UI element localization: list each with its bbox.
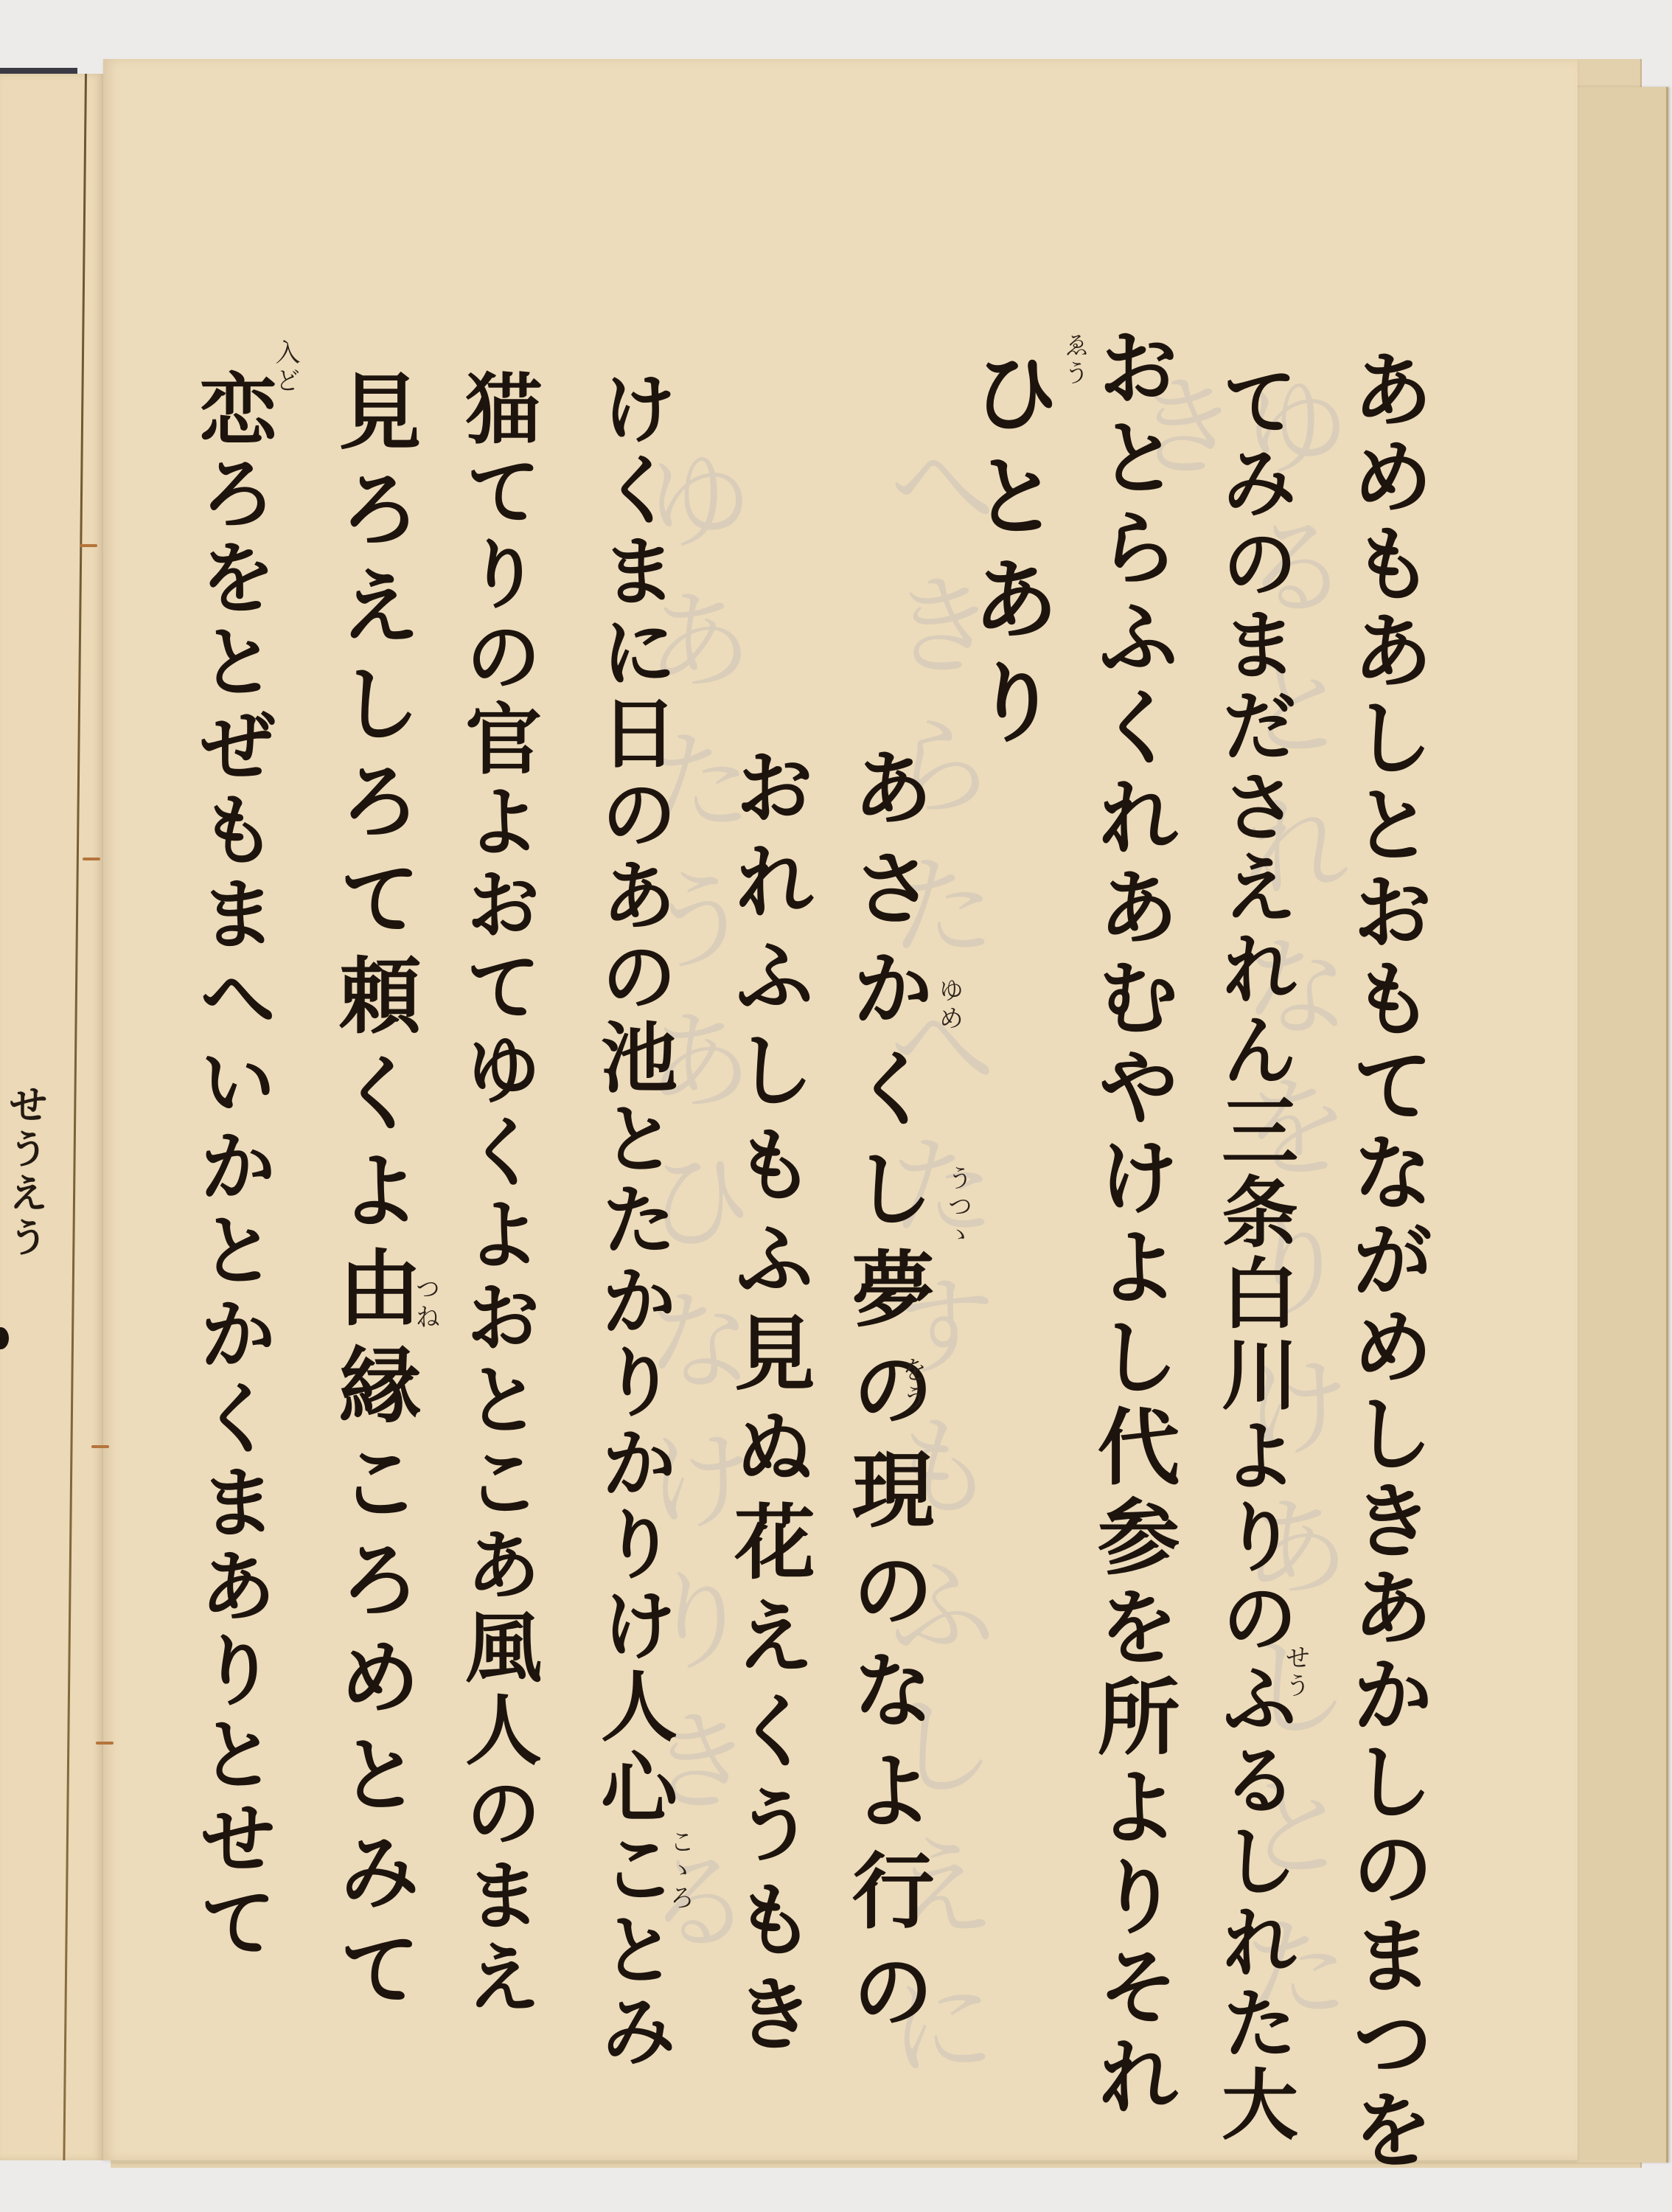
text-column-3: おとらふくれあむやけよし代参を所よりそれ — [1090, 324, 1173, 2124]
ruby-annotation: つね — [413, 1276, 438, 1332]
binding-stitch — [80, 544, 97, 547]
ruby-annotation: うつゝ — [945, 1165, 970, 1249]
text-column-2: てみのまださえれん三条白川よりのふるしれた大 — [1215, 361, 1292, 2146]
text-column-8: 猫てりの官よおてゆくよおとこあ風人のまえ — [459, 369, 535, 2020]
text-column-10: 恋ろをとぜもまへいかとかくまありとせて — [193, 369, 271, 1966]
ruby-annotation: をう — [899, 1357, 924, 1413]
binding-stitch — [83, 858, 100, 860]
ruby-annotation: 入ど — [273, 339, 298, 395]
text-column-9: 見ろえしろて頼くよ由縁ころめとみて — [332, 369, 414, 2023]
ruby-annotation: せう — [1283, 1644, 1308, 1700]
text-column-6: おれふしもふ見ぬ花えくうもき — [728, 745, 809, 2066]
text-column-4: ひとあり — [964, 347, 1053, 759]
text-column-7: けくまに日のあの池とたかりかりけ人心ことみ — [594, 369, 671, 2072]
ruby-annotation: ゆめ — [936, 977, 961, 1033]
left-page-ink-mark — [0, 1327, 9, 1349]
text-column-1: あめもあしとおもてながめしきあかしのまつを — [1345, 347, 1427, 2174]
left-page-annotation: せうえう — [6, 1084, 46, 1261]
left-page: せうえう — [0, 74, 103, 2160]
binding-stitch — [96, 1742, 114, 1745]
binding-stitch — [91, 1445, 109, 1448]
ruby-annotation: ゑう — [1062, 332, 1087, 388]
ruby-annotation: こゝろ — [667, 1829, 692, 1913]
